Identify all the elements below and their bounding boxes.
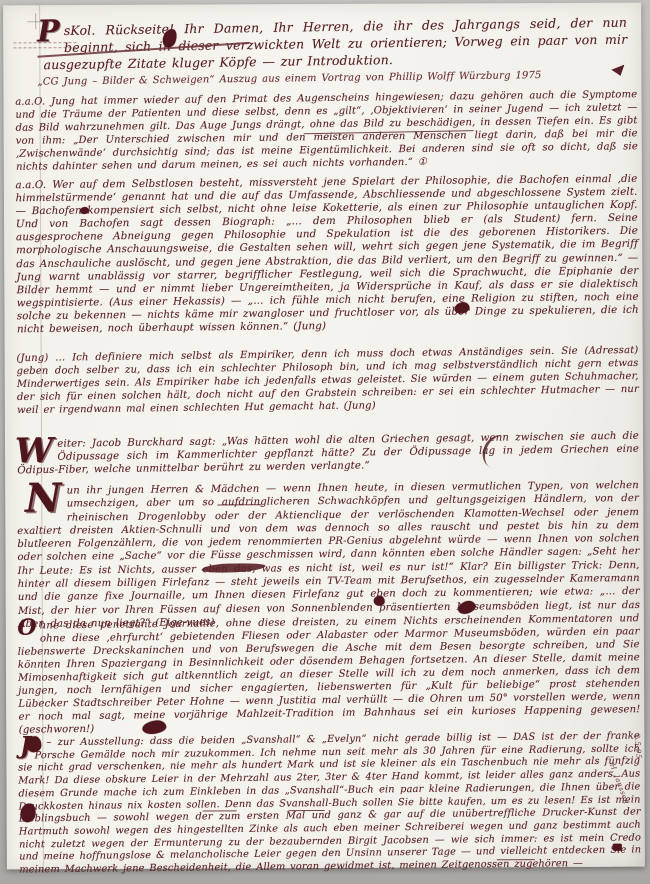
heading-text: sKol. Rückseite! Ihr Damen, Ihr Herren, … bbox=[43, 15, 627, 73]
paragraph-ausstellung: Ja – zur Ausstellung: dass die beiden „S… bbox=[18, 730, 642, 877]
ink-underline bbox=[497, 859, 535, 861]
ink-underline bbox=[217, 504, 261, 506]
manuscript-paper: PsKol. Rückseite! Ihr Damen, Ihr Herren,… bbox=[3, 3, 645, 870]
ink-blot bbox=[374, 596, 385, 606]
flourished-initial-N: N bbox=[25, 485, 62, 513]
flourished-initial-O: O bbox=[17, 620, 37, 636]
paragraph-bachofen: a.a.O. Wer auf dem Selbstlosen besteht, … bbox=[15, 173, 639, 337]
ink-blot bbox=[80, 207, 89, 214]
flourished-initial-W: W bbox=[15, 438, 54, 465]
ink-arrowhead-blot bbox=[611, 65, 624, 76]
paragraph-junge-herren: Nun ihr jungen Herren & Mädchen — wenn I… bbox=[17, 479, 640, 631]
paragraph-jung-augenschein: a.a.O. Jung hat immer wieder auf den Pri… bbox=[15, 88, 638, 174]
paragraph-text: hne diese penetrante Journaille, ohne di… bbox=[18, 613, 641, 736]
paragraph-journaille: Ohne diese penetrante Journaille, ohne d… bbox=[17, 612, 640, 737]
paragraph-text: eiter: Jacob Burckhard sagt: „Was hätten… bbox=[17, 431, 639, 477]
paragraph-text: a – zur Ausstellung: dass die beiden „Sv… bbox=[18, 730, 641, 875]
ink-underline bbox=[289, 810, 325, 812]
margin-note-date: 2.5.95 bbox=[633, 733, 643, 759]
paragraph-empiriker: (Jung) … Ich definiere mich selbst als E… bbox=[16, 344, 639, 417]
ink-blot bbox=[26, 736, 41, 752]
tiny-margin-scribble bbox=[13, 38, 77, 50]
paragraph-burckhardt: Weiter: Jacob Burckhard sagt: „Was hätte… bbox=[17, 430, 639, 478]
ink-underline bbox=[203, 810, 237, 812]
paragraph-text: un ihr jungen Herren & Mädchen — wenn Ih… bbox=[17, 480, 640, 630]
manuscript-heading: PsKol. Rückseite! Ihr Damen, Ihr Herren,… bbox=[43, 14, 628, 74]
ink-blot bbox=[613, 844, 622, 851]
